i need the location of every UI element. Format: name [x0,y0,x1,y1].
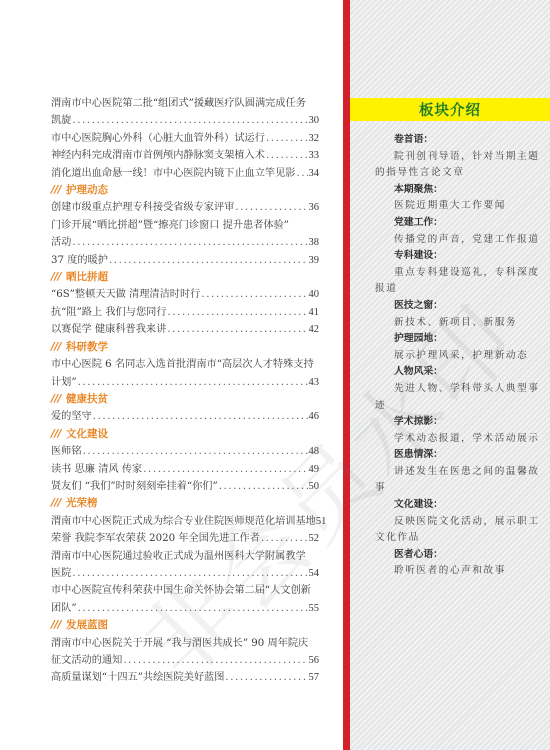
toc-entry-title: 市中心医院 6 名同志入选首批渭南市“高层次人才特殊支持 [51,356,314,373]
toc-section-heading-text: 护理动态 [66,182,108,199]
slashes-icon: /// [51,495,61,512]
toc-entry-title: 渭南市中心医院通过验收正式成为温州医科大学附属教学 [51,548,306,565]
toc-entry[interactable]: 读书 思廉 清风 传家49 [51,461,319,478]
toc-section-heading-text: 晒比拼超 [66,269,108,286]
section-intro-item: 本期聚焦：医院近期重大工作要闻 [375,182,545,215]
toc-entry[interactable]: “6S”整顿天天做 清理清洁时时行40 [51,286,319,303]
section-intro-item-title: 党建工作： [375,215,545,232]
toc-entry-title: 渭南市中心医院关于开展 “我与渭医共成长” 90 周年院庆 [51,635,308,652]
toc-entry-title: 读书 思廉 清风 传家 [51,461,142,478]
toc-page-number: 43 [309,374,320,391]
toc-entry-title: 荣誉 我院李军农荣获 2020 年全国先进工作者 [51,530,260,547]
section-intro-item-title: 本期聚焦： [375,182,545,199]
dot-leader [235,199,307,216]
section-intro-item-title: 学术掠影： [375,414,545,431]
toc-section-heading-text: 光荣榜 [66,495,98,512]
toc-entry-title: 以赛促学 健康科普我来讲 [51,321,166,338]
section-intro-item-title: 医技之窗： [375,298,545,315]
dot-leader [167,321,307,338]
toc-entry[interactable]: 门诊开展“晒比拼超”暨“擦亮门诊窗口 提升患者体验”活动38 [51,217,319,252]
toc-entry[interactable]: 贤友们 “我们”时时刻刻牵挂着“你们” 50 [51,478,319,495]
section-intro-panel: 板块介绍 卷首语：院刊创刊导语，针对当期主题的指导性言论文章本期聚焦：医院近期重… [350,0,550,750]
section-intro-item: 卷首语：院刊创刊导语，针对当期主题的指导性言论文章 [375,132,545,182]
toc-entry-title: 贤友们 “我们”时时刻刻牵挂着“你们” [51,478,218,495]
toc-entry[interactable]: 市中心医院宣传科荣获中国生命关怀协会第二届“人文创新团队”55 [51,582,319,617]
toc-entry-title: 门诊开展“晒比拼超”暨“擦亮门诊窗口 提升患者体验” [51,217,289,234]
toc-entry-title: 渭南市中心医院正式成为综合专业住院医师规范化培训基地 [51,513,316,530]
toc-entry[interactable]: 荣誉 我院李军农荣获 2020 年全国先进工作者 52 [51,530,319,547]
toc-entry-title: 消化道出血命悬一线！市中心医院内镜下止血立竿见影 [51,165,296,182]
section-intro-item: 专科建设：重点专科建设巡礼，专科深度报道 [375,248,545,298]
slashes-icon: /// [51,339,61,356]
section-intro-item: 医患情深：讲述发生在医患之间的温馨故事 [375,447,545,497]
slashes-icon: /// [51,182,61,199]
toc-page-number: 39 [309,252,320,269]
section-intro-list: 卷首语：院刊创刊导语，针对当期主题的指导性言论文章本期聚焦：医院近期重大工作要闻… [375,132,545,580]
dot-leader [78,374,308,391]
toc-section-heading: ///文化建设 [51,426,319,443]
toc-entry-title: 市中心医院宣传科荣获中国生命关怀协会第二届“人文创新 [51,582,311,599]
dot-leader [266,147,308,164]
section-intro-item-desc: 重点专科建设巡礼，专科深度报道 [375,265,545,298]
toc-entry-title: 活动 [51,234,71,251]
dot-leader [225,669,307,686]
section-intro-banner: 板块介绍 [350,98,550,121]
toc-page-number: 34 [309,165,320,182]
toc-entry[interactable]: 抗“阻”路上 我们与您同行41 [51,304,319,321]
toc-entry-title: 计划” [51,374,77,391]
toc-entry[interactable]: 渭南市中心医院正式成为综合专业住院医师规范化培训基地51 [51,513,319,530]
dot-leader [72,565,307,582]
section-intro-item: 医技之窗：新技术、新项目、新服务 [375,298,545,331]
toc-page-number: 36 [309,199,320,216]
toc-entry[interactable]: 神经内科完成渭南市首例颅内静脉窦支架植入术33 [51,147,319,164]
toc-entry-title: 高质量谋划“十四五”共绘医院美好蓝图 [51,669,224,686]
slashes-icon: /// [51,269,61,286]
dot-leader [266,130,308,147]
dot-leader [72,112,307,129]
slashes-icon: /// [51,426,61,443]
section-intro-item-desc: 展示护理风采，护理新动态 [375,348,545,365]
section-intro-item-desc: 学术动态报道，学术活动展示 [375,431,545,448]
toc-entry-title: 抗“阻”路上 我们与您同行 [51,304,167,321]
toc-entry-title: 市中心医院胸心外科（心脏大血管外科）试运行 [51,130,265,147]
toc-section-heading-text: 发展蓝图 [66,617,108,634]
toc-entry-title: 征文活动的通知 [51,652,122,669]
section-intro-item-desc: 医院近期重大工作要闻 [375,198,545,215]
toc-section-heading: ///晒比拼超 [51,269,319,286]
section-intro-item-desc: 反映医院文化活动，展示职工文化作品 [375,514,545,547]
dot-leader [109,252,308,269]
section-intro-item-title: 护理园地： [375,331,545,348]
toc-entry-title: 37 度的暖护 [51,252,108,269]
toc-entry-title: 凯旋 [51,112,71,129]
section-intro-item-title: 医患情深： [375,447,545,464]
section-intro-item-desc: 讲述发生在医患之间的温馨故事 [375,464,545,497]
toc-section-heading: ///护理动态 [51,182,319,199]
toc-entry-title: 团队” [51,600,77,617]
toc-entry-title: 渭南市中心医院第二批“组团式”援藏医疗队圆满完成任务 [51,95,306,112]
section-intro-item: 学术掠影：学术动态报道，学术活动展示 [375,414,545,447]
slashes-icon: /// [51,391,61,408]
toc-page-number: 48 [309,443,320,460]
toc-page-number: 32 [309,130,320,147]
section-intro-item: 人物风采：先进人物、学科带头人典型事迹 [375,364,545,414]
dot-leader [201,286,307,303]
toc-entry-title: 爱的坚守 [51,408,92,425]
toc-section-heading: ///科研教学 [51,339,319,356]
toc-page-number: 30 [309,112,320,129]
toc-page-number: 55 [309,600,320,617]
toc-page-number: 42 [309,321,320,338]
toc-section-heading: ///健康扶贫 [51,391,319,408]
section-intro-item-title: 人物风采： [375,364,545,381]
section-intro-item-title: 医者心语： [375,547,545,564]
dot-leader [168,304,308,321]
toc-entry[interactable]: 市中心医院 6 名同志入选首批渭南市“高层次人才特殊支持计划”43 [51,356,319,391]
table-of-contents: 渭南市中心医院第二批“组团式”援藏医疗队圆满完成任务凯旋30市中心医院胸心外科（… [51,95,319,687]
dot-leader [123,652,307,669]
toc-page-number: 33 [309,147,320,164]
dot-leader [83,443,308,460]
dot-leader [297,165,308,182]
section-intro-item: 医者心语：聆听医者的心声和故事 [375,547,545,580]
toc-page-number: 56 [309,652,320,669]
toc-page-number: 57 [309,669,320,686]
section-intro-item-desc: 传播党的声音，党建工作报道 [375,232,545,249]
toc-page-number: 52 [309,530,320,547]
dot-leader [219,478,308,495]
toc-entry[interactable]: 渭南市中心医院通过验收正式成为温州医科大学附属教学医院54 [51,548,319,583]
red-divider-strip [343,0,350,750]
dot-leader [261,530,308,547]
toc-page-number: 50 [309,478,320,495]
dot-leader [143,461,307,478]
toc-page-number: 51 [316,513,327,530]
dot-leader [93,408,308,425]
dot-leader [78,600,308,617]
toc-entry[interactable]: 消化道出血命悬一线！市中心医院内镜下止血立竿见影34 [51,165,319,182]
toc-section-heading-text: 科研教学 [66,339,108,356]
toc-page-number: 46 [309,408,320,425]
toc-entry[interactable]: 渭南市中心医院关于开展 “我与渭医共成长” 90 周年院庆征文活动的通知56 [51,635,319,670]
toc-entry[interactable]: 医师铭48 [51,443,319,460]
section-intro-item-title: 卷首语： [375,132,545,149]
toc-entry-title: 创建市级重点护理专科接受省级专家评审 [51,199,234,216]
section-intro-item-desc: 聆听医者的心声和故事 [375,563,545,580]
toc-entry[interactable]: 高质量谋划“十四五”共绘医院美好蓝图57 [51,669,319,686]
toc-section-heading-text: 健康扶贫 [66,391,108,408]
toc-entry-title: 医师铭 [51,443,82,460]
toc-section-heading: ///发展蓝图 [51,617,319,634]
magazine-page: 渭南市中心医院第二批“组团式”援藏医疗队圆满完成任务凯旋30市中心医院胸心外科（… [0,0,550,750]
toc-entry[interactable]: 37 度的暖护39 [51,252,319,269]
toc-page-number: 38 [309,234,320,251]
section-intro-item-desc: 新技术、新项目、新服务 [375,315,545,332]
toc-entry-title: 医院 [51,565,71,582]
section-intro-item-desc: 院刊创刊导语，针对当期主题的指导性言论文章 [375,149,545,182]
toc-page-number: 40 [309,286,320,303]
section-intro-item-title: 文化建设： [375,497,545,514]
section-intro-item: 党建工作：传播党的声音，党建工作报道 [375,215,545,248]
toc-entry[interactable]: 渭南市中心医院第二批“组团式”援藏医疗队圆满完成任务凯旋30 [51,95,319,130]
toc-section-heading-text: 文化建设 [66,426,108,443]
toc-page-number: 49 [309,461,320,478]
section-intro-item: 护理园地：展示护理风采，护理新动态 [375,331,545,364]
toc-entry[interactable]: 以赛促学 健康科普我来讲42 [51,321,319,338]
toc-page-number: 54 [309,565,320,582]
section-intro-title: 板块介绍 [419,99,481,120]
toc-entry-title: “6S”整顿天天做 清理清洁时时行 [51,286,200,303]
toc-entry[interactable]: 爱的坚守46 [51,408,319,425]
toc-page-number: 41 [309,304,320,321]
slashes-icon: /// [51,617,61,634]
section-intro-item-title: 专科建设： [375,248,545,265]
toc-entry[interactable]: 创建市级重点护理专科接受省级专家评审36 [51,199,319,216]
section-intro-item: 文化建设：反映医院文化活动，展示职工文化作品 [375,497,545,547]
toc-entry-title: 神经内科完成渭南市首例颅内静脉窦支架植入术 [51,147,265,164]
toc-section-heading: ///光荣榜 [51,495,319,512]
toc-entry[interactable]: 市中心医院胸心外科（心脏大血管外科）试运行32 [51,130,319,147]
dot-leader [72,234,307,251]
section-intro-item-desc: 先进人物、学科带头人典型事迹 [375,381,545,414]
